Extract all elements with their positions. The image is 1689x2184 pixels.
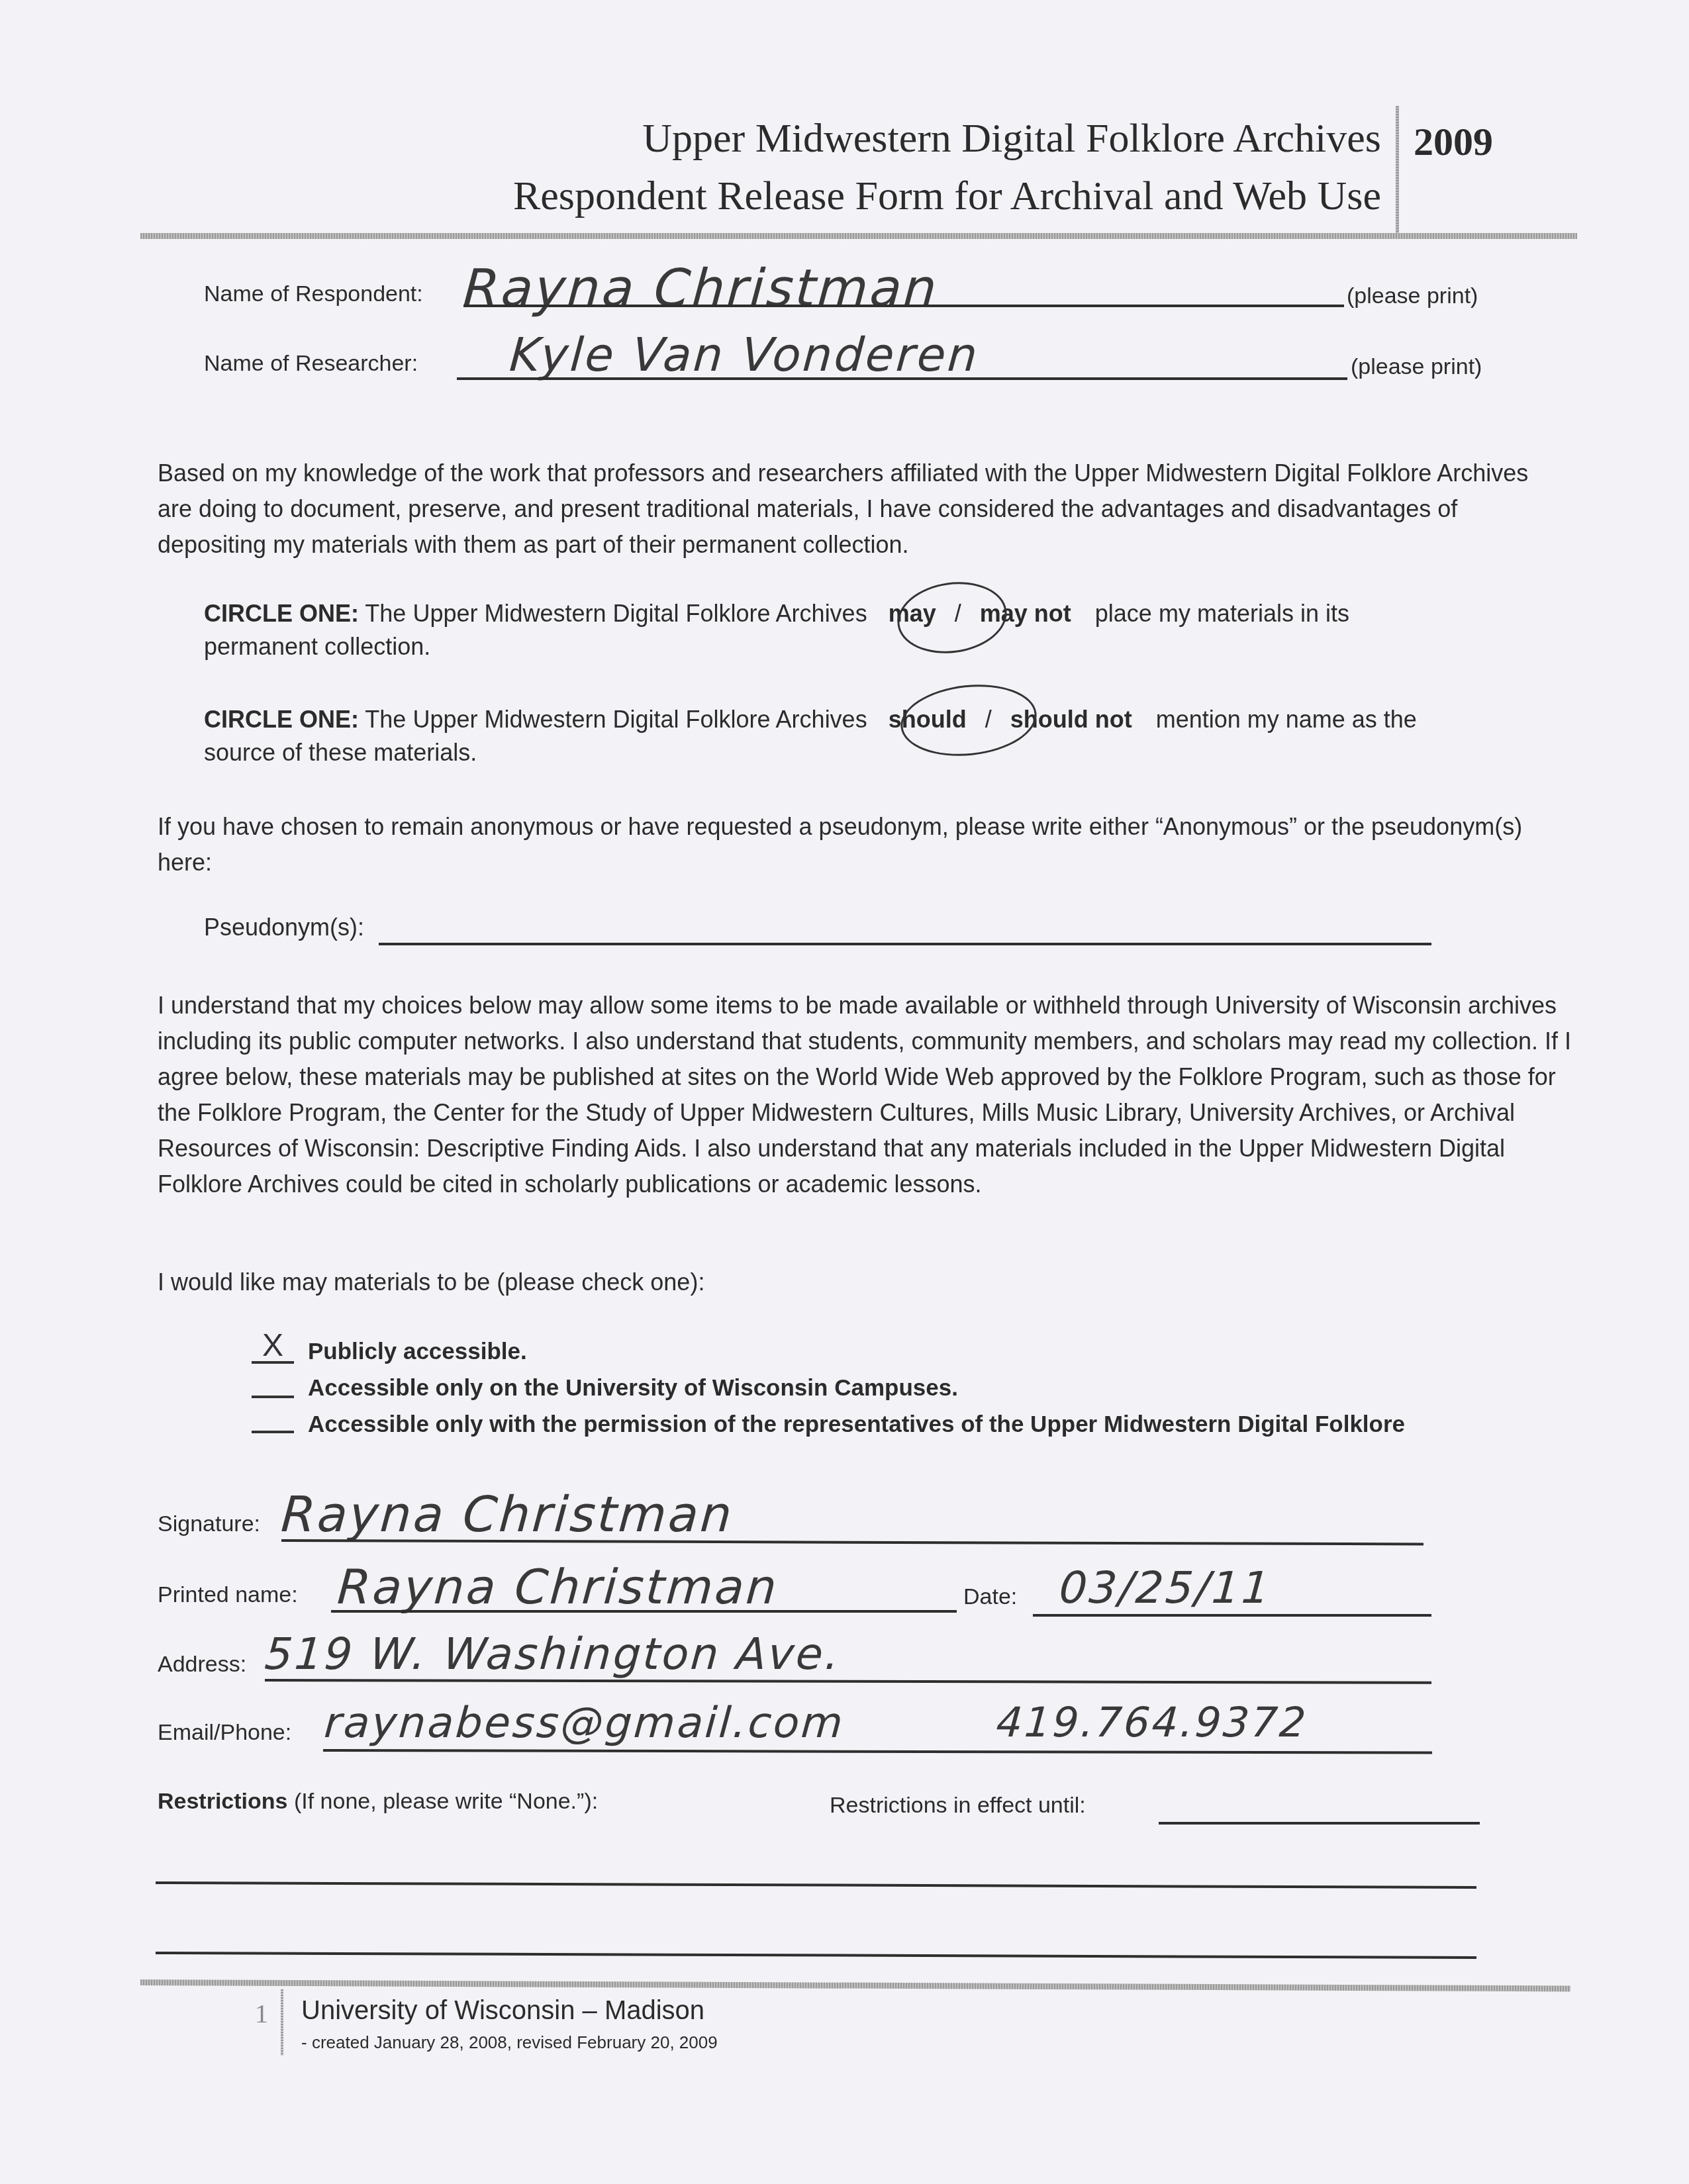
date-label: Date: <box>963 1584 1017 1610</box>
circle-one-text-after: place my materials in its <box>1095 600 1349 627</box>
form-title-release: Respondent Release Form for Archival and… <box>513 175 1381 216</box>
respondent-hint: (please print) <box>1347 283 1478 309</box>
pseudonym-field[interactable] <box>379 943 1431 945</box>
restrictions-line-2[interactable] <box>156 1952 1476 1959</box>
address-line <box>265 1679 1431 1684</box>
footer-revision: - created January 28, 2008, revised Febr… <box>301 2032 718 2053</box>
address-field[interactable]: 519 W. Washington Ave. <box>265 1629 841 1680</box>
researcher-line <box>457 377 1347 380</box>
address-value: 519 W. Washington Ave. <box>263 1629 842 1680</box>
circle-one-1-continuation: permanent collection. <box>204 629 430 665</box>
circle-one-1: CIRCLE ONE: The Upper Midwestern Digital… <box>204 596 1349 632</box>
access-option-public-checkbox[interactable]: X <box>252 1331 294 1364</box>
address-label: Address: <box>158 1652 246 1678</box>
access-prompt: I would like may materials to be (please… <box>158 1264 704 1300</box>
respondent-label: Name of Respondent: <box>204 281 423 307</box>
header-rule <box>140 233 1577 239</box>
signature-field[interactable]: Rayna Christman <box>281 1486 734 1543</box>
researcher-name-field[interactable]: Kyle Van Vonderen <box>510 328 979 382</box>
selected-should-circle <box>897 679 1040 763</box>
email-phone-line <box>323 1749 1432 1754</box>
circle-one-2: CIRCLE ONE: The Upper Midwestern Digital… <box>204 702 1417 737</box>
circle-one-label: CIRCLE ONE: <box>204 600 359 627</box>
date-field[interactable]: 03/25/11 <box>1059 1562 1271 1613</box>
printed-name-value: Rayna Christman <box>336 1559 780 1615</box>
circle-one-2-continuation: source of these materials. <box>204 735 477 771</box>
printed-name-field[interactable]: Rayna Christman <box>338 1559 779 1615</box>
pseudonym-instruction: If you have chosen to remain anonymous o… <box>158 809 1548 880</box>
phone-value: 419.764.9372 <box>994 1698 1309 1746</box>
form-year: 2009 <box>1414 119 1493 165</box>
selected-may-circle <box>893 575 1011 660</box>
form-title-archives: Upper Midwestern Digital Folklore Archiv… <box>642 118 1381 159</box>
phone-field[interactable]: 419.764.9372 <box>996 1698 1308 1746</box>
access-option-permission-label: Accessible only with the permission of t… <box>308 1407 1405 1443</box>
researcher-name-value: Kyle Van Vonderen <box>508 328 981 382</box>
circle-one-text: The Upper Midwestern Digital Folklore Ar… <box>365 600 867 627</box>
email-field[interactable]: raynabess@gmail.com <box>324 1698 845 1748</box>
researcher-label: Name of Researcher: <box>204 351 418 377</box>
circle-one-text: The Upper Midwestern Digital Folklore Ar… <box>365 706 867 733</box>
respondent-name-field[interactable]: Rayna Christman <box>463 258 938 318</box>
intro-paragraph: Based on my knowledge of the work that p… <box>158 455 1561 563</box>
respondent-line <box>463 305 1344 307</box>
email-value: raynabess@gmail.com <box>322 1699 846 1748</box>
access-option-campus-checkbox[interactable] <box>252 1365 294 1398</box>
restrictions-until-label: Restrictions in effect until: <box>830 1793 1086 1819</box>
printed-name-label: Printed name: <box>158 1582 298 1608</box>
footer-divider <box>281 1989 283 2056</box>
signature-line <box>281 1539 1424 1545</box>
circle-one-label: CIRCLE ONE: <box>204 706 359 733</box>
signature-label: Signature: <box>158 1511 260 1537</box>
access-option-campus-label: Accessible only on the University of Wis… <box>308 1370 958 1406</box>
email-phone-label: Email/Phone: <box>158 1720 291 1746</box>
restrictions-label-hint: (If none, please write “None.”): <box>288 1789 599 1814</box>
printed-name-line <box>331 1610 957 1613</box>
signature-value: Rayna Christman <box>279 1486 736 1543</box>
restrictions-line-1[interactable] <box>156 1881 1476 1889</box>
understanding-paragraph: I understand that my choices below may a… <box>158 988 1571 1202</box>
respondent-name-value: Rayna Christman <box>461 259 941 318</box>
date-value: 03/25/11 <box>1057 1562 1273 1613</box>
researcher-hint: (please print) <box>1351 354 1482 380</box>
date-line <box>1033 1614 1431 1617</box>
access-option-permission-checkbox[interactable] <box>252 1400 294 1433</box>
header-divider <box>1396 106 1399 235</box>
page-number: 1 <box>255 1998 268 2029</box>
restrictions-until-field[interactable] <box>1159 1822 1480 1825</box>
restrictions-label-bold: Restrictions <box>158 1789 288 1814</box>
footer-institution: University of Wisconsin – Madison <box>301 1996 704 2026</box>
footer-rule <box>140 1979 1570 1991</box>
circle-one-text-after: mention my name as the <box>1156 706 1417 733</box>
pseudonym-label: Pseudonym(s): <box>204 914 364 941</box>
access-option-public-label: Publicly accessible. <box>308 1334 527 1370</box>
restrictions-label: Restrictions (If none, please write “Non… <box>158 1789 598 1815</box>
